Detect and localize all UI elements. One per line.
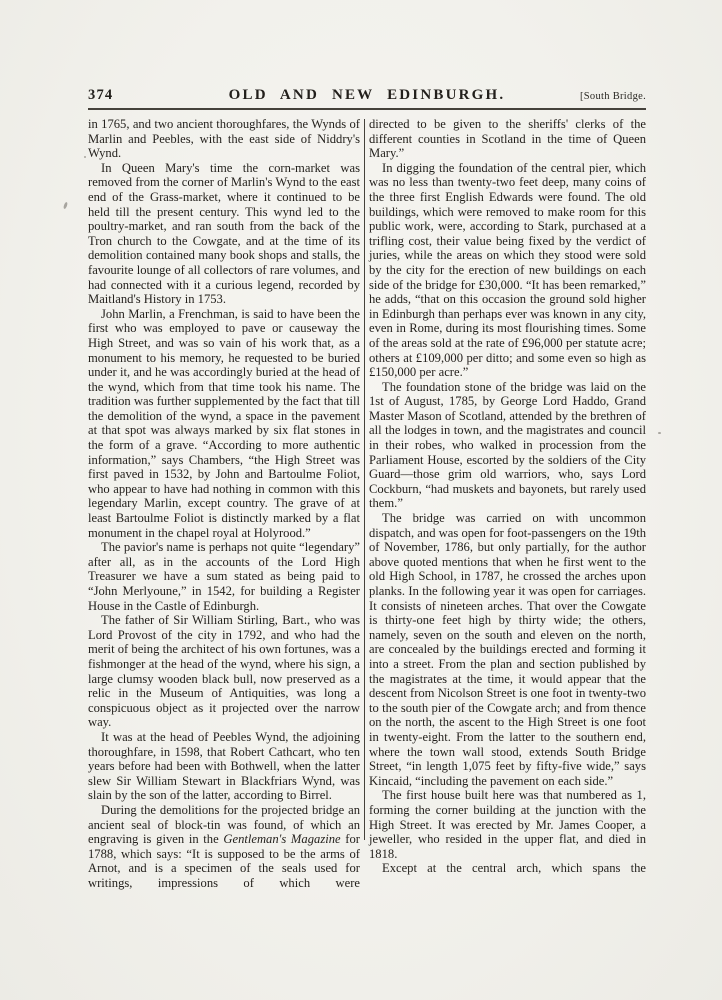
text-segment: It was at the head of Peebles Wynd, the … xyxy=(88,730,360,802)
paragraph: In digging the foundation of the central… xyxy=(369,161,646,380)
text-segment: Except at the central arch, which spans … xyxy=(382,861,646,875)
text-segment: In Queen Mary's time the corn-market was… xyxy=(88,161,360,306)
text-segment: The bridge was carried on with uncommon … xyxy=(369,511,646,788)
page-body: 374 OLD AND NEW EDINBURGH. [South Bridge… xyxy=(88,87,646,890)
paragraph: The first house built here was that numb… xyxy=(369,788,646,861)
scan-artifact xyxy=(84,156,86,158)
text-segment: in 1765, and two ancient thoroughfares, … xyxy=(88,117,360,160)
text-segment: John Marlin, a Frenchman, is said to hav… xyxy=(88,307,360,540)
right-column: directed to be given to the sheriffs' cl… xyxy=(369,117,646,890)
paragraph: The bridge was carried on with uncommon … xyxy=(369,511,646,788)
text-columns: in 1765, and two ancient thoroughfares, … xyxy=(88,117,646,890)
text-segment: directed to be given to the sheriffs' cl… xyxy=(369,117,646,160)
book-page: 374 OLD AND NEW EDINBURGH. [South Bridge… xyxy=(0,0,722,1000)
paragraph: In Queen Mary's time the corn-market was… xyxy=(88,161,360,307)
paragraph: directed to be given to the sheriffs' cl… xyxy=(369,117,646,161)
page-number: 374 xyxy=(88,87,229,104)
paragraph: The father of Sir William Stirling, Bart… xyxy=(88,613,360,730)
section-label: [South Bridge. xyxy=(505,91,646,102)
header-rule xyxy=(88,108,646,110)
text-segment: The father of Sir William Stirling, Bart… xyxy=(88,613,360,729)
text-segment: The pavior's name is perhaps not quite “… xyxy=(88,540,360,612)
scan-artifact xyxy=(63,202,68,210)
paragraph: The foundation stone of the bridge was l… xyxy=(369,380,646,511)
running-title: OLD AND NEW EDINBURGH. xyxy=(229,87,506,104)
italic-text: Gentleman's Magazine xyxy=(223,832,340,846)
text-segment: The first house built here was that numb… xyxy=(369,788,646,860)
paragraph: The pavior's name is perhaps not quite “… xyxy=(88,540,360,613)
column-divider xyxy=(364,119,365,840)
paragraph: in 1765, and two ancient thoroughfares, … xyxy=(88,117,360,161)
paragraph: John Marlin, a Frenchman, is said to hav… xyxy=(88,307,360,541)
paragraph: During the demolitions for the projected… xyxy=(88,803,360,891)
paragraph: Except at the central arch, which spans … xyxy=(369,861,646,876)
text-segment: In digging the foundation of the central… xyxy=(369,161,646,379)
left-column: in 1765, and two ancient thoroughfares, … xyxy=(88,117,360,890)
text-segment: The foundation stone of the bridge was l… xyxy=(369,380,646,511)
scan-artifact xyxy=(658,432,661,434)
page-header: 374 OLD AND NEW EDINBURGH. [South Bridge… xyxy=(88,87,646,104)
paragraph: It was at the head of Peebles Wynd, the … xyxy=(88,730,360,803)
